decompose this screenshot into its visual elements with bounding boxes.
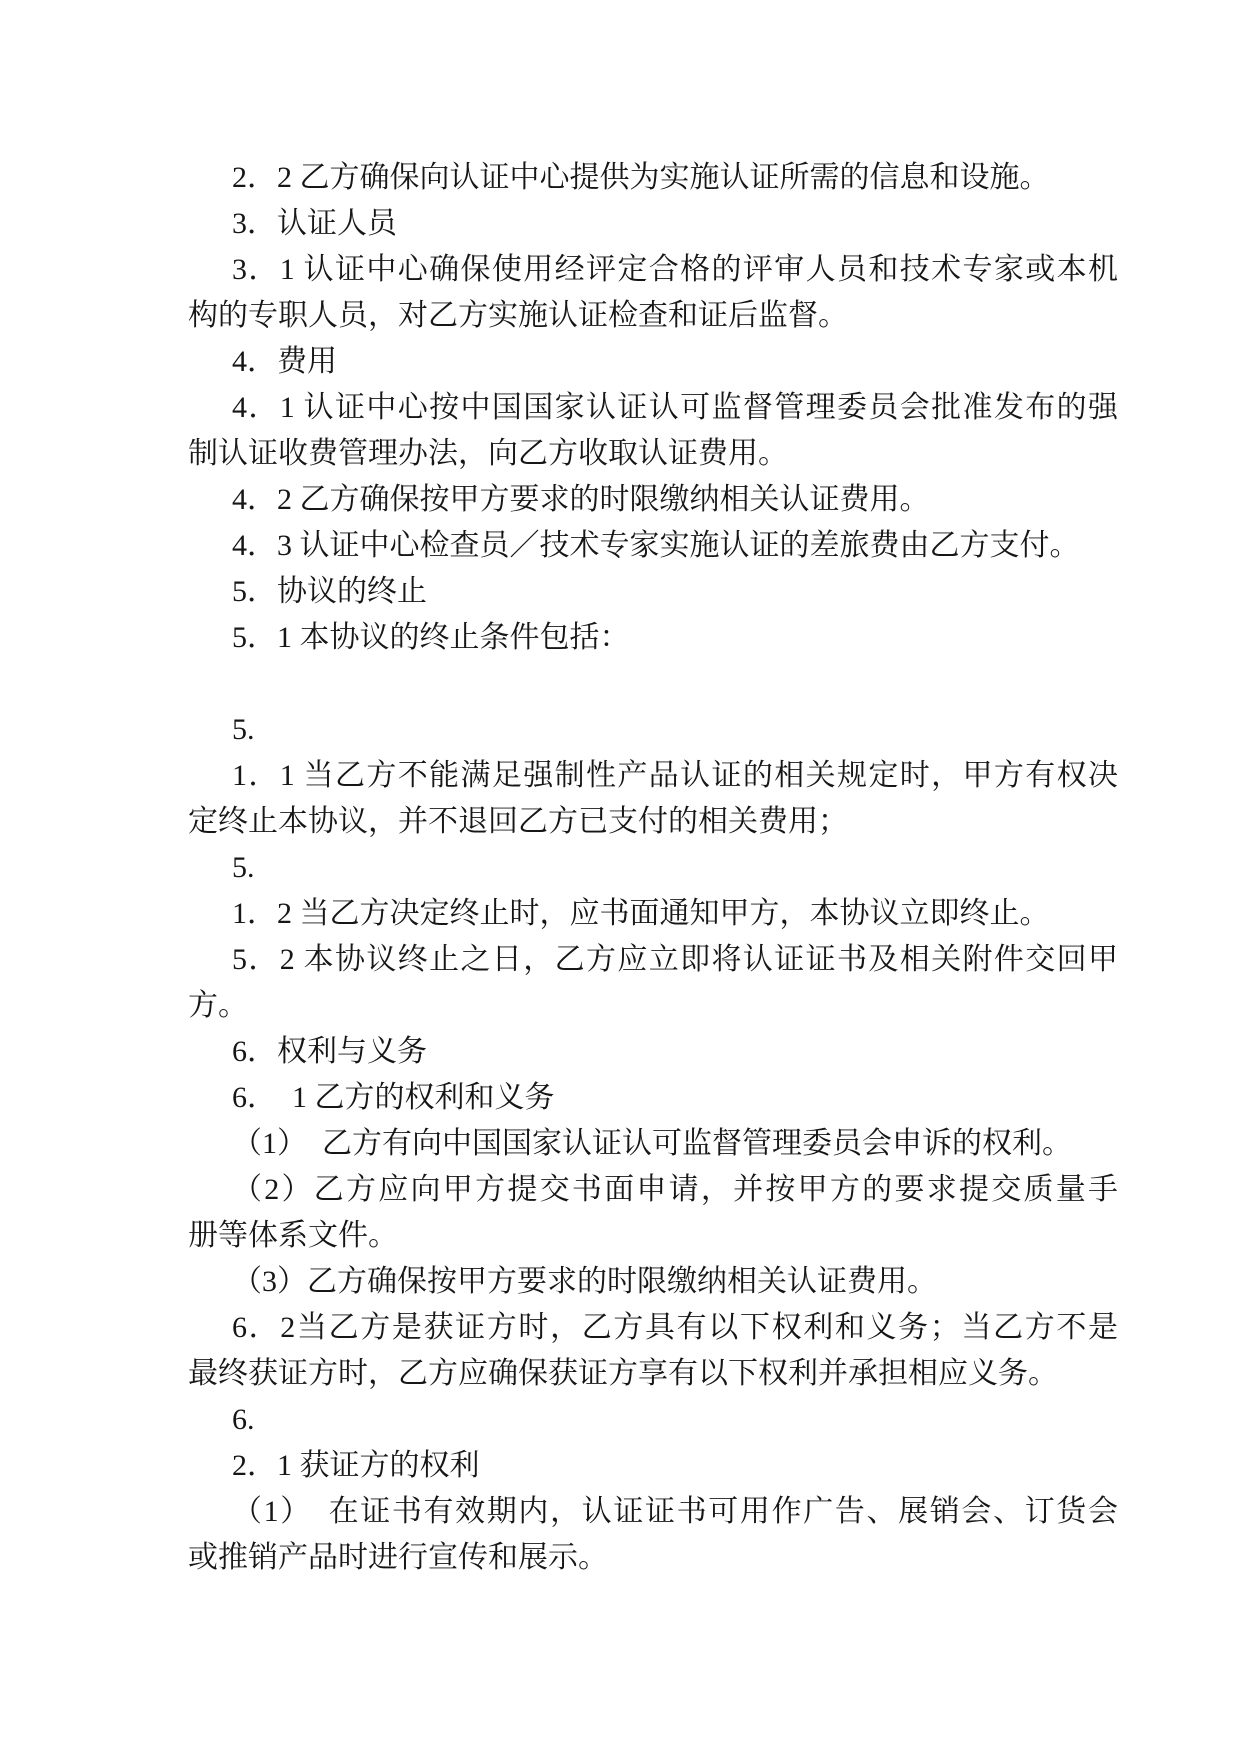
doc-line: 构的专职人员，对乙方实施认证检查和证后监督。	[188, 293, 1118, 339]
doc-line: 4．费用	[188, 339, 1118, 385]
doc-line: 2．2 乙方确保向认证中心提供为实施认证所需的信息和设施。	[188, 155, 1118, 201]
doc-line: （1） 乙方有向中国国家认证认可监督管理委员会申诉的权利。	[188, 1121, 1118, 1167]
doc-line: 1．2 当乙方决定终止时，应书面通知甲方，本协议立即终止。	[188, 891, 1118, 937]
doc-line: 最终获证方时，乙方应确保获证方享有以下权利并承担相应义务。	[188, 1351, 1118, 1397]
doc-line: 5．2 本协议终止之日，乙方应立即将认证证书及相关附件交回甲	[188, 937, 1118, 983]
doc-line: 或推销产品时进行宣传和展示。	[188, 1535, 1118, 1581]
doc-line: 制认证收费管理办法，向乙方收取认证费用。	[188, 431, 1118, 477]
doc-line: 5．1 本协议的终止条件包括：	[188, 615, 1118, 661]
document-page: 2．2 乙方确保向认证中心提供为实施认证所需的信息和设施。 3．认证人员 3．1…	[0, 0, 1241, 1754]
doc-line: 6． 1 乙方的权利和义务	[188, 1075, 1118, 1121]
doc-line: 5．协议的终止	[188, 569, 1118, 615]
doc-line: 3．1 认证中心确保使用经评定合格的评审人员和技术专家或本机	[188, 247, 1118, 293]
doc-line: 4．2 乙方确保按甲方要求的时限缴纳相关认证费用。	[188, 477, 1118, 523]
doc-line: 定终止本协议，并不退回乙方已支付的相关费用；	[188, 799, 1118, 845]
doc-line: 2．1 获证方的权利	[188, 1443, 1118, 1489]
doc-line: 4．3 认证中心检查员／技术专家实施认证的差旅费由乙方支付。	[188, 523, 1118, 569]
doc-line: 5.	[188, 845, 1118, 891]
doc-line: 6．2当乙方是获证方时，乙方具有以下权利和义务；当乙方不是	[188, 1305, 1118, 1351]
doc-line: （3）乙方确保按甲方要求的时限缴纳相关认证费用。	[188, 1259, 1118, 1305]
doc-line: 册等体系文件。	[188, 1213, 1118, 1259]
doc-line: 5.	[188, 707, 1118, 753]
doc-line: 3．认证人员	[188, 201, 1118, 247]
doc-line: 6.	[188, 1397, 1118, 1443]
doc-line-blank	[188, 661, 1118, 707]
doc-line: 方。	[188, 983, 1118, 1029]
doc-line: 6．权利与义务	[188, 1029, 1118, 1075]
doc-line: 4．1 认证中心按中国国家认证认可监督管理委员会批准发布的强	[188, 385, 1118, 431]
doc-line: 1．1 当乙方不能满足强制性产品认证的相关规定时，甲方有权决	[188, 753, 1118, 799]
doc-line: （2）乙方应向甲方提交书面申请，并按甲方的要求提交质量手	[188, 1167, 1118, 1213]
doc-line: （1） 在证书有效期内，认证证书可用作广告、展销会、订货会	[188, 1489, 1118, 1535]
